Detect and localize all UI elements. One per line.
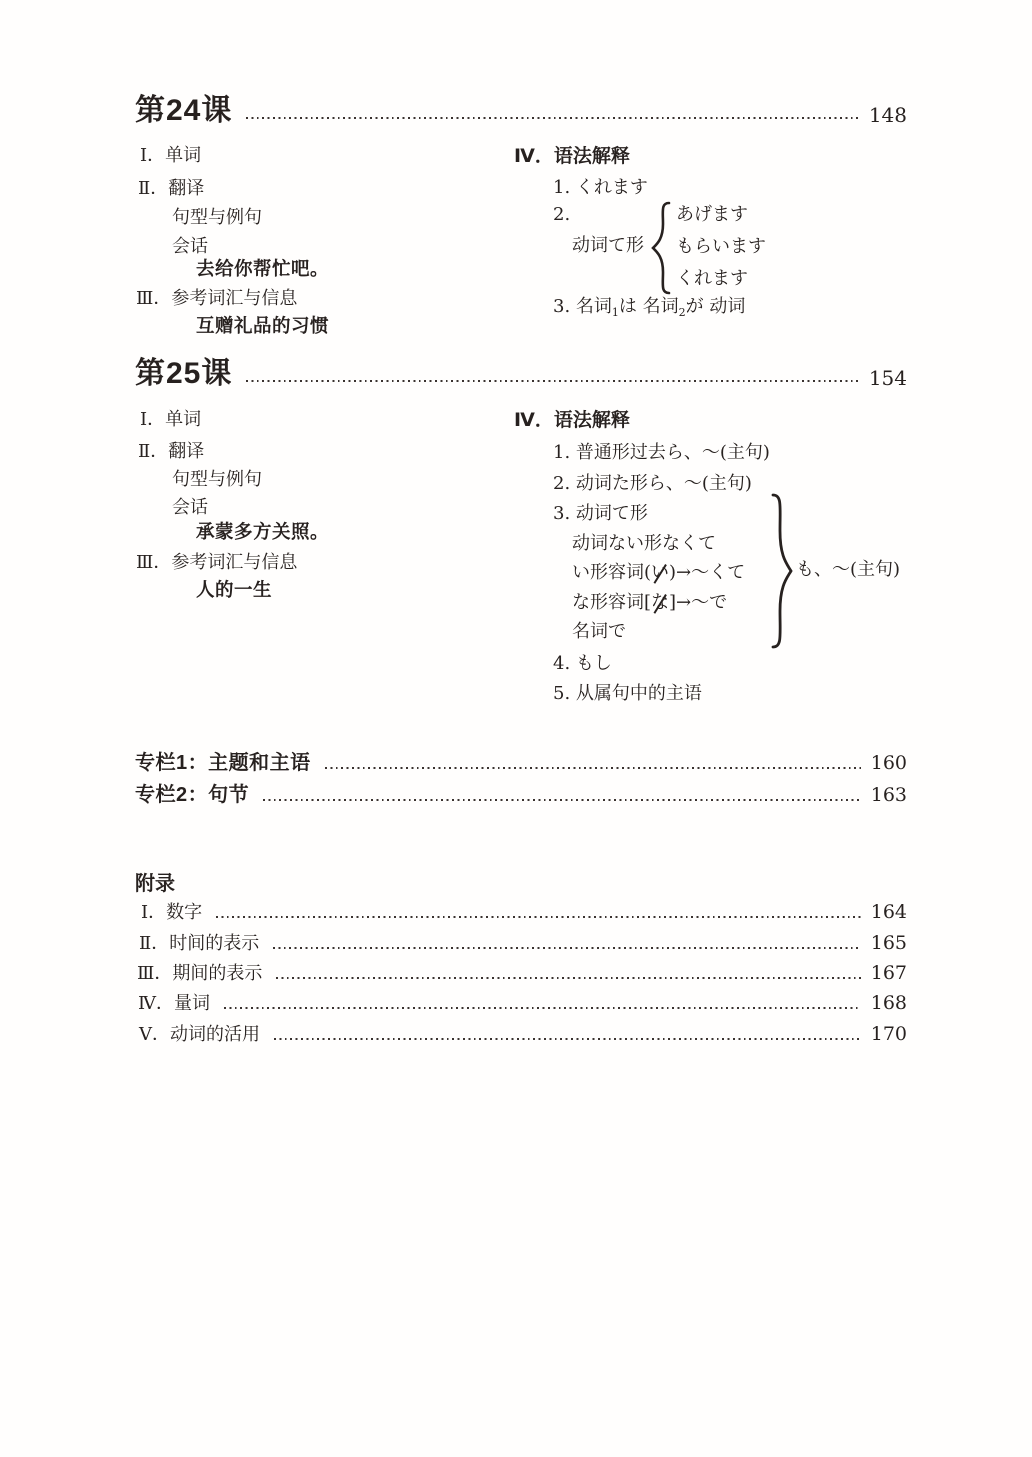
appendix-item-label: Ⅳ．量词	[138, 995, 210, 1014]
lesson25-item-grammar: Ⅳ．语法解释	[514, 410, 630, 432]
appendix-item-label: Ⅲ．期间的表示	[137, 965, 262, 984]
column2-label: 专栏2：句节	[135, 785, 249, 806]
lesson24-item-translation: Ⅱ．翻译	[138, 179, 204, 200]
lesson25-grammar-1: 1. 普通形过去ら、～(主句)	[553, 443, 770, 464]
lesson25-grammar-3-line: 动词ない形なくて	[572, 534, 716, 555]
lesson24-title-row: 第24课 148	[135, 96, 907, 126]
lesson24-item-words: Ⅰ．单词	[140, 146, 201, 167]
lesson25-item-reference: Ⅲ．参考词汇与信息	[136, 553, 297, 574]
dotted-leader	[216, 916, 861, 918]
struck-character: い	[651, 563, 669, 584]
lesson25-item-words: Ⅰ．单词	[140, 410, 201, 431]
dotted-leader	[325, 767, 861, 769]
grammar3-subscript: 2	[679, 306, 686, 319]
appendix-title: 附录	[135, 873, 175, 896]
column2-row: 专栏2：句节 163	[135, 785, 907, 806]
lesson25-grammar-5: 5. 从属句中的主语	[553, 684, 702, 705]
lesson25-conversation-phrase: 承蒙多方关照。	[196, 521, 329, 542]
appendix-item-label: Ⅱ．时间的表示	[139, 935, 259, 954]
toc-page: 第24课 148 Ⅰ．单词 Ⅱ．翻译 句型与例句 会话 去给你帮忙吧。 Ⅲ．参考…	[0, 0, 1032, 1457]
grammar-line-text: ]→～で	[669, 592, 727, 613]
dotted-leader	[246, 117, 858, 119]
appendix-item-label: Ⅴ．动词的活用	[139, 1026, 260, 1045]
appendix-page-number: 170	[871, 1025, 907, 1045]
lesson25-reference-topic: 人的一生	[196, 579, 272, 600]
dotted-leader	[273, 947, 861, 949]
lesson24-reference-topic: 互赠礼品的习惯	[196, 315, 329, 336]
lesson24-grammar-2-option: あげます	[676, 205, 748, 226]
appendix-page-number: 165	[871, 934, 907, 954]
lesson24-sub-conversation: 会话	[172, 237, 208, 258]
lesson25-grammar-3-line: な形容词[な]→～で	[572, 593, 727, 614]
lesson24-grammar-2-label: 动词て形	[572, 236, 644, 257]
lesson24-item-grammar: Ⅳ．语法解释	[514, 146, 630, 168]
lesson25-item-translation: Ⅱ．翻译	[138, 442, 204, 463]
lesson25-grammar-3-line: い形容词(い)→～くて	[572, 563, 745, 584]
dotted-leader	[246, 380, 858, 382]
appendix-row: Ⅱ．时间的表示 165	[139, 934, 907, 954]
column1-page-number: 160	[871, 754, 907, 774]
column2-page-number: 163	[871, 786, 907, 806]
dotted-leader	[224, 1007, 861, 1009]
appendix-page-number: 168	[871, 994, 907, 1014]
grammar3-subscript: 1	[612, 306, 619, 319]
lesson25-title: 第25课	[135, 359, 232, 389]
lesson24-grammar-2-number: 2.	[553, 205, 570, 226]
lesson25-grammar-3-line: 3. 动词て形	[553, 504, 648, 525]
grammar-line-text: い形容词(	[572, 562, 651, 583]
column1-label: 专栏1：主题和主语	[135, 753, 311, 774]
grammar-line-text: な形容词[	[572, 592, 651, 613]
lesson24-conversation-phrase: 去给你帮忙吧。	[196, 258, 329, 279]
right-brace-icon	[770, 493, 794, 649]
appendix-row: Ⅳ．量词 168	[138, 994, 907, 1014]
lesson24-grammar-1: 1. くれます	[553, 178, 648, 199]
lesson24-title: 第24课	[135, 96, 232, 126]
lesson25-page-number: 154	[869, 368, 907, 389]
grammar3-text: 3. 名词	[553, 296, 612, 317]
appendix-page-number: 164	[871, 903, 907, 923]
lesson25-grammar-3-line: 名词で	[572, 622, 626, 643]
column1-row: 专栏1：主题和主语 160	[135, 753, 907, 774]
grammar3-text: が 动词	[686, 296, 746, 317]
lesson25-grammar-4: 4. もし	[553, 654, 612, 675]
dotted-leader	[274, 1038, 861, 1040]
lesson25-sub-patterns: 句型与例句	[172, 470, 262, 491]
left-brace-icon	[650, 201, 672, 295]
dotted-leader	[276, 977, 860, 979]
lesson24-grammar-2-option: もらいます	[676, 237, 766, 258]
lesson24-item-reference: Ⅲ．参考词汇与信息	[136, 289, 297, 310]
grammar-line-text: )→～くて	[669, 562, 745, 583]
grammar3-text: は 名词	[619, 296, 679, 317]
lesson24-sub-patterns: 句型与例句	[172, 208, 262, 229]
lesson25-title-row: 第25课 154	[135, 359, 907, 389]
lesson25-grammar-2: 2. 动词た形ら、～(主句)	[553, 474, 752, 495]
dotted-leader	[263, 799, 861, 801]
lesson24-grammar-3: 3. 名词1は 名词2が 动词	[553, 297, 745, 320]
lesson25-sub-conversation: 会话	[172, 498, 208, 519]
appendix-item-label: Ⅰ．数字	[141, 904, 202, 923]
appendix-row: Ⅴ．动词的活用 170	[139, 1025, 907, 1045]
appendix-row: Ⅲ．期间的表示 167	[137, 964, 907, 984]
struck-character: な	[651, 593, 669, 614]
lesson24-page-number: 148	[869, 105, 907, 126]
appendix-row: Ⅰ．数字 164	[141, 903, 907, 923]
appendix-page-number: 167	[871, 964, 907, 984]
lesson24-grammar-2-option: くれます	[676, 269, 748, 290]
lesson25-grammar-3-result: も、～(主句)	[796, 560, 900, 581]
